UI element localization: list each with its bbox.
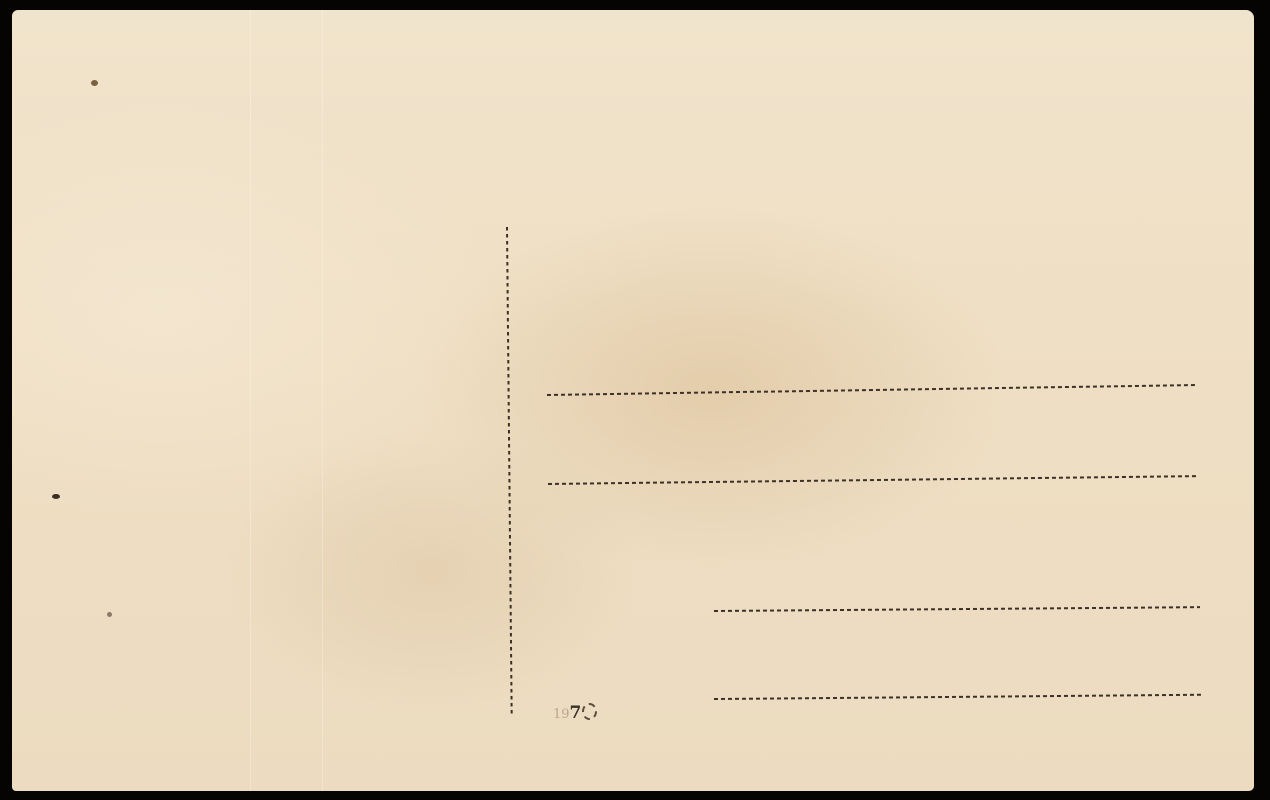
- print-code-ring: [582, 703, 597, 720]
- stain-spot: [91, 80, 98, 86]
- postcard-back: [12, 10, 1254, 791]
- print-code: 197: [553, 703, 597, 723]
- paper-texture-line: [250, 10, 251, 791]
- print-code-main: 7: [570, 703, 582, 723]
- stain-spot: [52, 494, 60, 499]
- paper-texture-line: [322, 10, 323, 791]
- print-code-prefix: 19: [553, 707, 570, 722]
- stain-spot: [107, 612, 112, 617]
